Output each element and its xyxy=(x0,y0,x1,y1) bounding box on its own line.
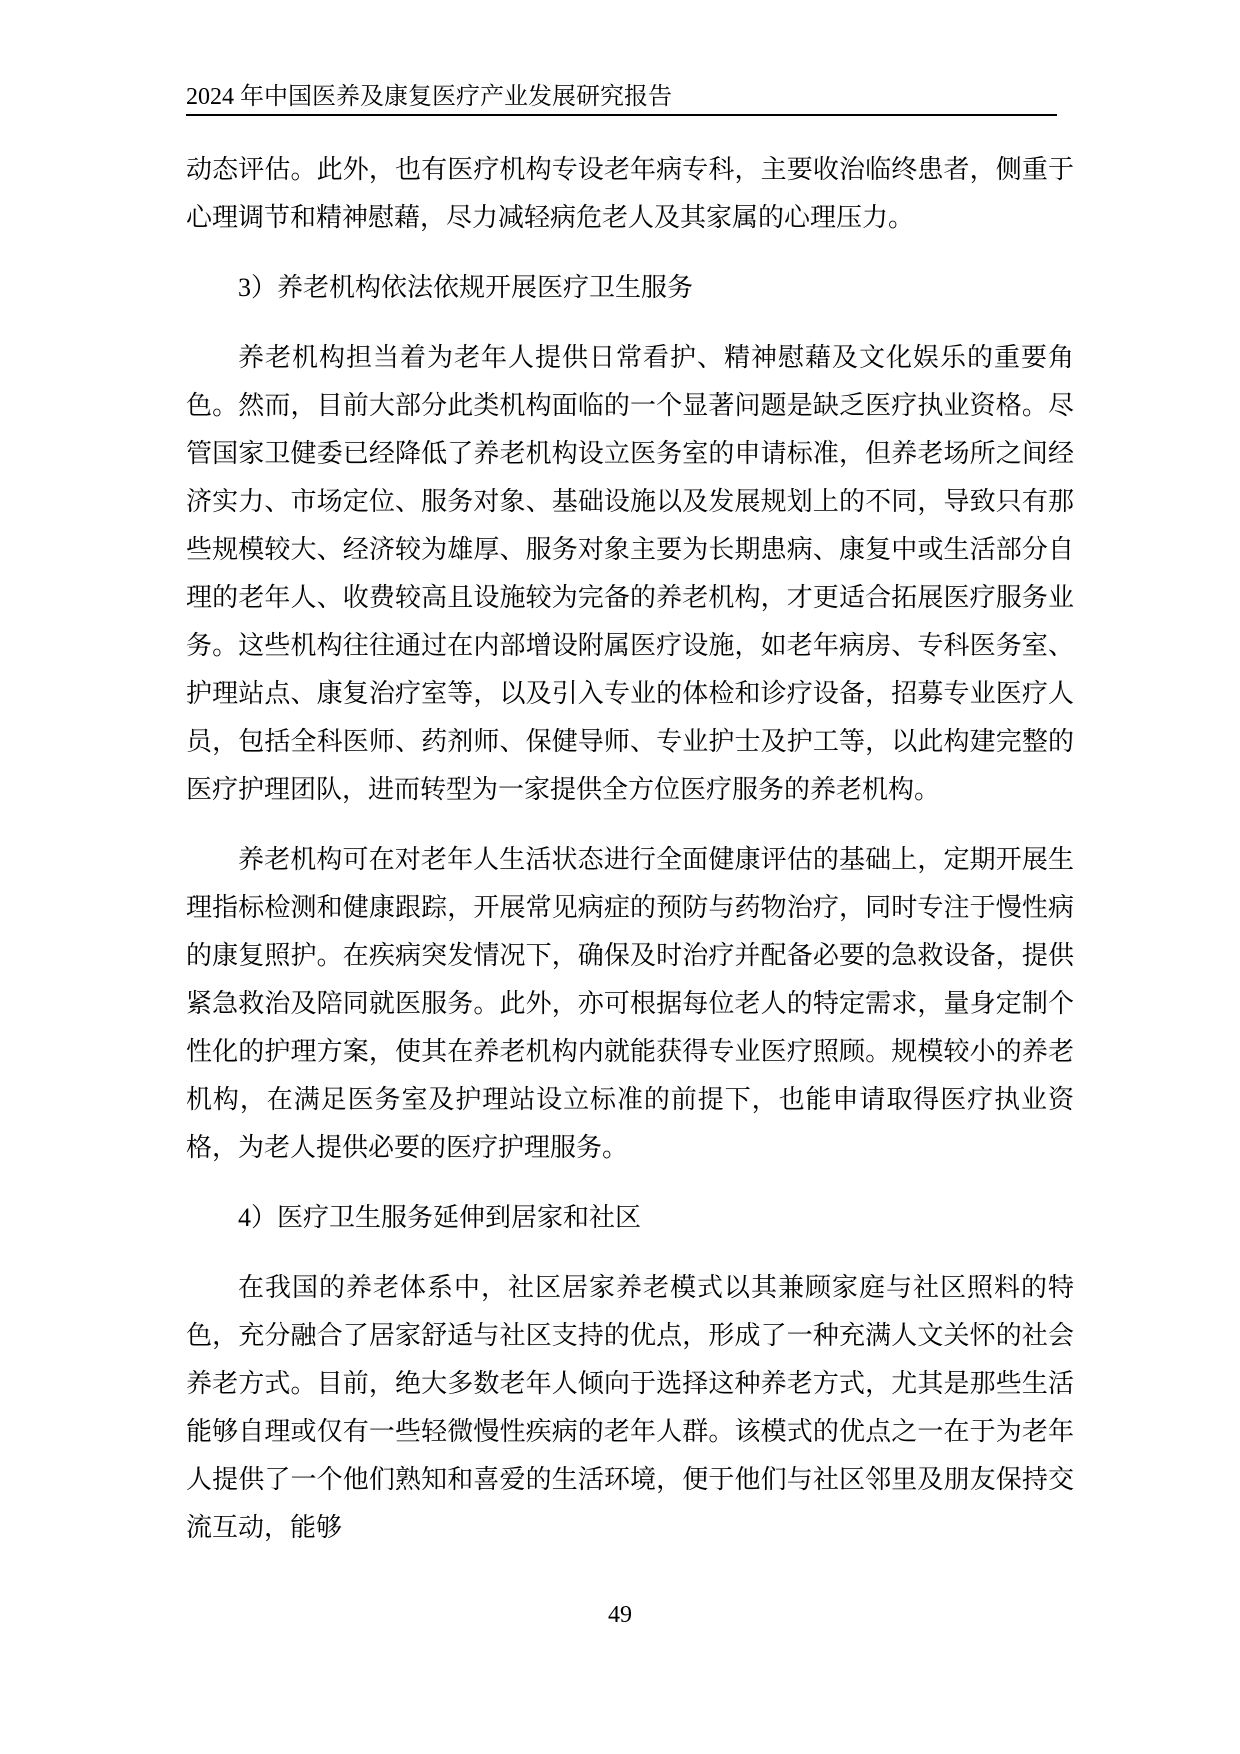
page-header: 2024 年中国医养及康复医疗产业发展研究报告 xyxy=(186,84,1057,116)
paragraph-elder-institutions: 养老机构担当着为老年人提供日常看护、精神慰藉及文化娱乐的重要角色。然而，目前大部… xyxy=(186,334,1074,814)
section-heading-3: 3）养老机构依法依规开展医疗卫生服务 xyxy=(186,264,1074,312)
paragraph-health-assessment: 养老机构可在对老年人生活状态进行全面健康评估的基础上，定期开展生理指标检测和健康… xyxy=(186,836,1074,1172)
report-page: 2024 年中国医养及康复医疗产业发展研究报告 动态评估。此外，也有医疗机构专设… xyxy=(0,0,1240,1754)
page-footer: 49 xyxy=(0,1600,1240,1630)
continuation-paragraph: 动态评估。此外，也有医疗机构专设老年病专科，主要收治临终患者，侧重于心理调节和精… xyxy=(186,146,1074,242)
section-heading-4: 4）医疗卫生服务延伸到居家和社区 xyxy=(186,1194,1074,1242)
page-number: 49 xyxy=(608,1602,632,1628)
paragraph-community-home-care: 在我国的养老体系中，社区居家养老模式以其兼顾家庭与社区照料的特色，充分融合了居家… xyxy=(186,1264,1074,1552)
page-body: 动态评估。此外，也有医疗机构专设老年病专科，主要收治临终患者，侧重于心理调节和精… xyxy=(186,146,1074,1574)
header-title: 2024 年中国医养及康复医疗产业发展研究报告 xyxy=(186,84,672,110)
